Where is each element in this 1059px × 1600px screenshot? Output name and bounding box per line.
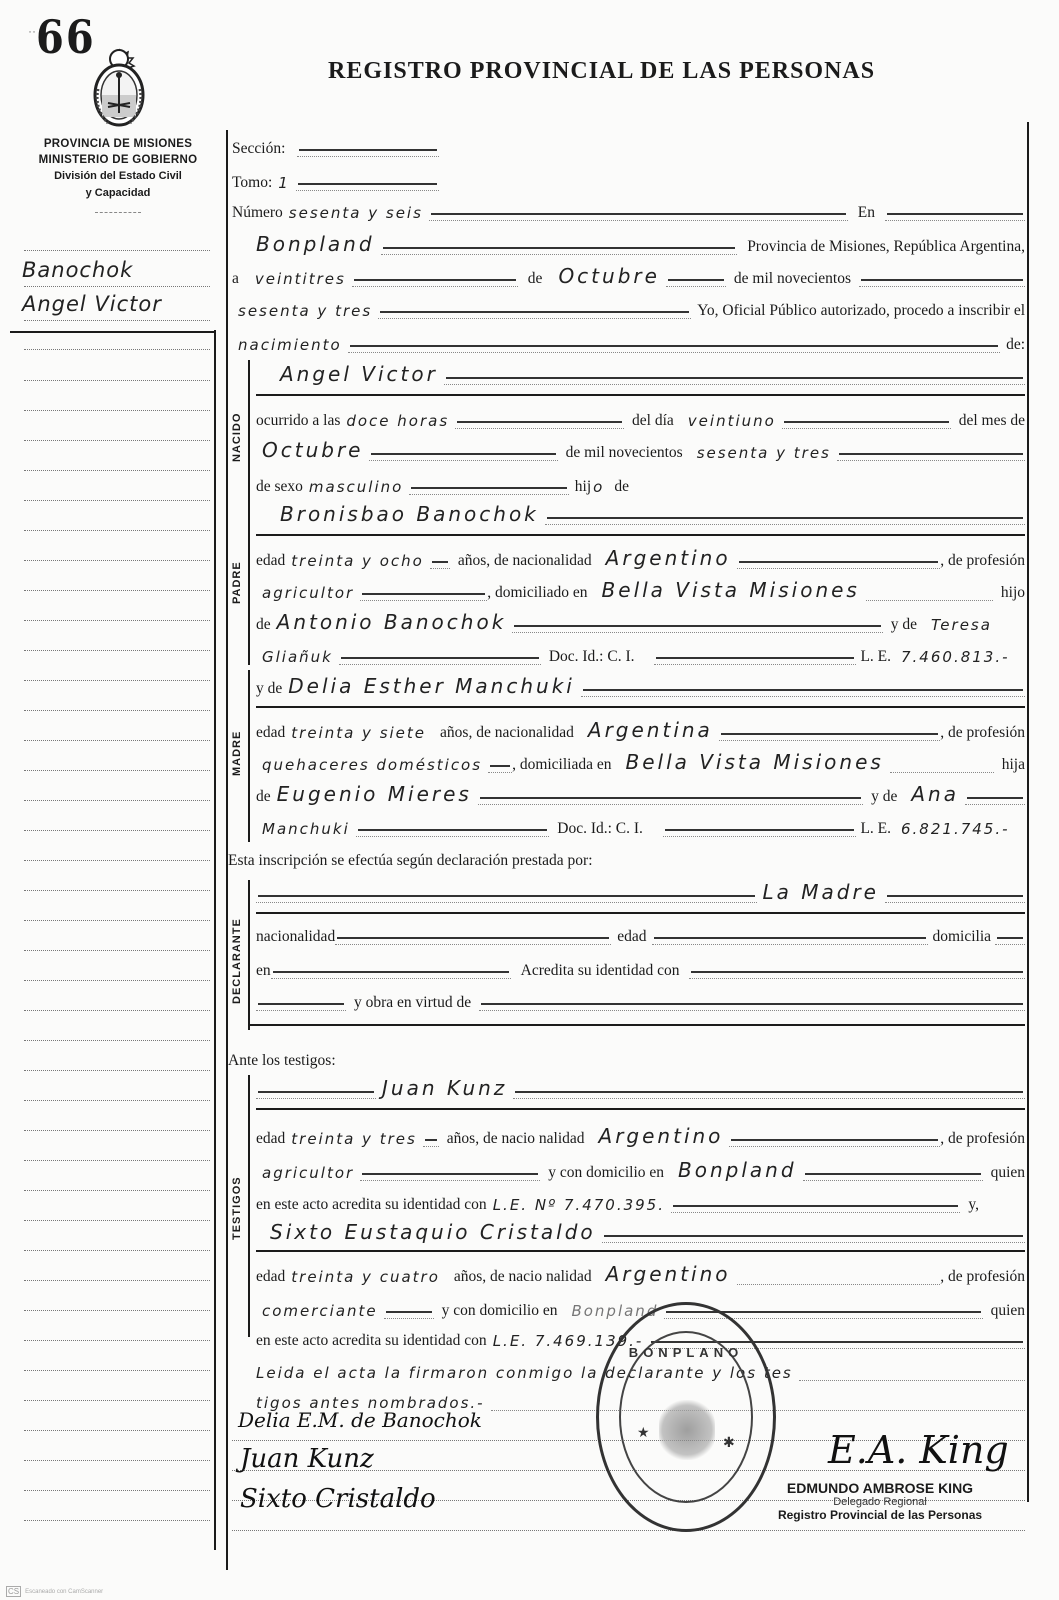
witness2-profession-field [384,1290,434,1324]
hour-value: doce horas [340,412,455,434]
madre-address: Bella Vista Misiones [620,750,890,778]
birth-day-field [782,400,951,434]
seal-emblem-icon [659,1400,715,1460]
birth-month-field [369,432,557,466]
padre-mother-of-last: Gliañuk [256,648,339,670]
madre-profession: quehaceres domésticos [256,756,488,778]
folio-mark: ˙˙ [28,28,36,43]
madre-age-row: edad treinta y siete años, de nacionalid… [256,712,1025,746]
seccion-label: Sección: [232,140,285,162]
witness2-nationality: Argentino [600,1262,737,1290]
madre-double-rule [256,706,1025,708]
witness2-nationality-field [737,1256,941,1290]
seal-center-text: BONPLANO [629,1345,743,1360]
margin-dotline [24,286,210,287]
declarante-intro-row: Esta inscripción se efectúa según declar… [228,840,1025,874]
declarante-bottom-rule [248,1024,1025,1026]
madre-name-field [581,668,1025,702]
witness1-nationality: Argentino [593,1124,730,1152]
section-divider-nacido [248,360,250,508]
padre-edad-label: edad [256,552,285,574]
province-text: Provincia de Misiones, República Argenti… [737,238,1025,260]
madre-mother-of-field-1 [965,776,1025,810]
section-label-nacido: NACIDO [231,413,243,462]
mil-novecientos-label: de mil novecientos [726,270,859,292]
numero-label: Número [232,204,283,226]
witness2-double-rule [256,1250,1025,1252]
nacido-name-row: Angel Victor [256,356,1025,390]
section-label-madre: MADRE [231,731,243,776]
witness1-profession: agricultor [256,1164,360,1186]
declarante-signature: Delia E.M. de Banochok [238,1408,482,1432]
declarante-name-row: La Madre [256,874,1025,908]
padre-age-row: edad treinta y ocho años, de nacionalida… [256,540,1025,574]
witness2-age: treinta y cuatro [285,1268,446,1290]
issuer-divider [95,212,141,213]
witness2-signature: Sixto Cristaldo [240,1484,436,1514]
day-value: veintitres [239,270,352,292]
witness1-id-row: en este acto acredita su identidad con L… [256,1184,979,1218]
declarante-double-rule [256,912,1025,914]
year-row: sesenta y tres Yo, Oficial Público autor… [232,290,1025,324]
padre-address: Bella Vista Misiones [596,578,866,606]
en-label: En [848,204,885,226]
tomo-field [296,162,439,196]
padre-parents-row: de Antonio Banochok y de Teresa [256,604,1025,638]
madre-domicilio-label: , domiciliada en [512,756,619,778]
witness2-age-row: edad treinta y cuatro años, de nacio nal… [256,1256,1025,1290]
place-field [381,226,738,260]
madre-profession-row: quehaceres domésticos , domiciliada en B… [256,744,1025,778]
padre-father-of: Antonio Banochok [271,610,513,638]
declarante-obra-row: y obra en virtud de [256,982,1025,1016]
section-divider-testigos [248,1075,250,1337]
witness1-address: Bonpland [672,1158,803,1186]
witness1-name-field-left [256,1070,376,1104]
de-label: de [518,270,553,292]
witness1-name-field-right [513,1070,1025,1104]
section-divider-declarante [248,880,250,1030]
officer-name: EDMUNDO AMBROSE KING [770,1480,990,1496]
witness2-name-row: Sixto Eustaquio Cristaldo [256,1214,1025,1248]
testigos-intro-row: Ante los testigos: [228,1040,1025,1074]
padre-domicilio-label: , domiciliado en [487,584,595,606]
padre-address-field [866,572,993,606]
scanner-text: Escaneado con CamScanner [25,1589,103,1595]
numero-field [429,192,848,226]
madre-address-field [890,744,994,778]
margin-given-names: Angel Victor [22,292,162,316]
officer-block: EDMUNDO AMBROSE KING Delegado Regional R… [770,1480,990,1522]
date-row: a veintitres de Octubre de mil novecient… [232,258,1025,292]
madre-doc-label: Doc. Id.: C. I. [549,820,651,842]
witness2-acredita-label: en este acto acredita su identidad con [256,1332,487,1354]
issuer-division: División del Estado Civil [18,168,218,185]
padre-profession-field [360,572,487,606]
witness2-profesion-label: , de profesión [940,1268,1025,1290]
margin-frame-right [214,330,216,1550]
witness2-name: Sixto Eustaquio Cristaldo [256,1220,602,1248]
madre-le-label: L. E. [856,820,895,842]
witness2-name-field [602,1214,1025,1248]
month-field [666,258,726,292]
main-frame-right [1027,122,1029,1502]
madre-age: treinta y siete [285,724,432,746]
witness1-address-field [803,1152,983,1186]
year-field-1 [859,258,1025,292]
section-divider-padre [248,505,250,665]
padre-ci-field [654,636,856,670]
hour-field [455,400,624,434]
nacido-sex-row: de sexo masculino hij o de [256,466,629,500]
official-text: Yo, Oficial Público autorizado, procedo … [691,302,1025,324]
margin-dotline [24,250,210,251]
madre-doc-row: Manchuki Doc. Id.: C. I. L. E. 6.821.745… [256,808,1025,842]
act-type-value: nacimiento [232,336,348,358]
section-divider-madre [248,670,250,842]
scanner-watermark: CS Escaneado con CamScanner [6,1586,103,1597]
nacido-time-row: ocurrido a las doce horas del día veinti… [256,400,1025,434]
padre-double-rule [256,534,1025,536]
month-value: Octubre [552,264,665,292]
witness1-age-field [423,1118,439,1152]
padre-de-label: de [256,616,271,638]
padre-name: Bronisbao Banochok [256,502,545,530]
section-label-testigos: TESTIGOS [231,1176,243,1240]
witness1-age-row: edad treinta y tres años, de nacio nalid… [256,1118,1025,1152]
padre-age: treinta y ocho [285,552,430,574]
birth-day-value: veintiuno [682,412,782,434]
madre-edad-label: edad [256,724,285,746]
act-type-row: nacimiento de: [232,324,1025,358]
numero-row: Número sesenta y seis En [232,192,1025,226]
witness1-age: treinta y tres [285,1130,423,1152]
madre-profession-field [488,744,512,778]
witness1-anios-label: años, de nacio nalidad [439,1130,593,1152]
issuer-ministry: MINISTERIO DE GOBIERNO [18,152,218,168]
witness1-quien-label: quien [983,1164,1025,1186]
official-seal-stamp: BONPLANO ★ ✱ [596,1302,776,1532]
padre-age-field [430,540,450,574]
closing-field-1 [799,1352,1025,1386]
witness2-edad-label: edad [256,1268,285,1290]
declarante-name-field-right [885,874,1025,908]
issuer-capacity: y Capacidad [18,185,218,202]
declarante-nacionalidad-field [335,916,611,950]
birth-year-field [837,432,1025,466]
signature-line [232,1530,1025,1531]
officer-signature: E.A. King [828,1428,1009,1472]
witness1-double-rule [256,1108,1025,1110]
declarante-domicilia-field [995,916,1025,950]
declarante-edad-label: edad [611,928,652,950]
en-field [885,192,1025,226]
year-field-2 [378,290,691,324]
padre-profesion-label: , de profesión [940,552,1025,574]
madre-anios-label: años, de nacionalidad [432,724,582,746]
page-title: REGISTRO PROVINCIAL DE LAS PERSONAS [328,58,875,85]
folio-number: 66 [36,10,96,64]
ocurrido-label: ocurrido a las [256,412,340,434]
padre-le-label: L. E. [856,648,895,670]
padre-doc-label: Doc. Id.: C. I. [541,648,643,670]
day-field [352,258,518,292]
birth-month-value: Octubre [256,438,369,466]
padre-anios-label: años, de nacionalidad [450,552,600,574]
dia-label: del día [624,412,682,434]
padre-profession: agricultor [256,584,360,606]
padre-nationality-field [737,540,941,574]
margin-top-rule [10,331,216,333]
padre-nationality: Argentino [600,546,737,574]
officer-org: Registro Provincial de las Personas [770,1508,990,1522]
seal-star-icon: ✱ [723,1435,735,1452]
year-value: sesenta y tres [232,302,378,324]
seccion-field [297,128,439,162]
declarante-domicilia-label: domicilia [928,928,995,950]
padre-mother-of-field [339,636,541,670]
madre-father-of-field [478,776,863,810]
numero-value: sesenta y seis [283,204,429,226]
padre-profession-row: agricultor , domiciliado en Bella Vista … [256,572,1025,606]
declarante-acredita-field [689,950,1025,984]
declarante-edad-field [652,916,928,950]
padre-y-de-label: y de [883,616,925,638]
witness1-edad-label: edad [256,1130,285,1152]
madre-ci-field [663,808,857,842]
witness2-anios-label: años, de nacio nalidad [446,1268,600,1290]
madre-nationality: Argentina [582,718,719,746]
madre-mother-of-field-2 [356,808,550,842]
margin-dotline [24,320,210,321]
madre-y-de-label: y de [256,680,282,702]
witness1-address-row: agricultor y con domicilio en Bonpland q… [256,1152,1025,1186]
madre-mother-of-last: Manchuki [256,820,356,842]
de-colon-label: de: [1000,336,1025,358]
witness1-name-row: Juan Kunz [256,1070,1025,1104]
mes-label: del mes de [951,412,1025,434]
declarante-intro: Esta inscripción se efectúa según declar… [228,852,593,874]
tomo-row: Tomo: 1 [232,162,439,196]
margin-surname: Banochok [22,258,133,282]
madre-mother-of-first: Ana [905,782,965,810]
declarante-id-row: en Acredita su identidad con [256,950,1025,984]
madre-hija-label: hija [994,756,1025,778]
padre-le: 7.460.813.- [895,648,1025,670]
declarante-name: La Madre [757,880,886,908]
padre-name-row: Bronisbao Banochok [256,496,1025,530]
padre-doc-row: Gliañuk Doc. Id.: C. I. L. E. 7.460.813.… [256,636,1025,670]
sex-field [409,466,568,500]
nacido-name: Angel Victor [256,362,444,390]
seal-star-icon: ★ [637,1425,650,1442]
issuer-block: PROVINCIA DE MISIONES MINISTERIO DE GOBI… [18,136,218,213]
birth-year-value: sesenta y tres [691,444,837,466]
madre-father-of: Eugenio Mieres [271,782,478,810]
place-row: Bonpland Provincia de Misiones, Repúblic… [232,226,1025,260]
mil-novecientos-label-2: de mil novecientos [558,444,691,466]
declarante-name-field-left [256,874,757,908]
madre-name: Delia Esther Manchuki [282,674,581,702]
witness1-profession-field [360,1152,540,1186]
section-label-declarante: DECLARANTE [231,918,243,1004]
padre-father-of-field [512,604,882,638]
act-type-field [348,324,1000,358]
a-label: a [232,270,239,292]
declarante-nacionalidad-label: nacionalidad [256,928,335,950]
madre-profesion-label: , de profesión [940,724,1025,746]
camscanner-logo-icon: CS [6,1586,21,1597]
witness1-domicilio-label: y con domicilio en [540,1164,672,1186]
witness1-nationality-field [729,1118,940,1152]
place-value: Bonpland [232,232,381,260]
nacido-name-field [444,356,1025,390]
declarante-acredita-label: Acredita su identidad con [511,962,690,984]
nacido-double-rule [256,394,1025,396]
witness1-name: Juan Kunz [376,1076,513,1104]
padre-mother-of-first: Teresa [925,616,1025,638]
madre-le: 6.821.745.- [895,820,1025,842]
argentina-coat-of-arms-icon [88,45,150,130]
witness1-id-field [671,1184,960,1218]
madre-de-label: de [256,788,271,810]
madre-nationality-field [719,712,940,746]
declarante-obra-field [479,982,1025,1016]
section-label-padre: PADRE [231,561,243,604]
seccion-row: Sección: [232,128,439,162]
padre-name-field [545,496,1025,530]
issuer-province: PROVINCIA DE MISIONES [18,136,218,152]
declarante-en-field [271,950,511,984]
padre-hijo-label: hijo [993,584,1025,606]
nacido-month-row: Octubre de mil novecientos sesenta y tre… [256,432,1025,466]
madre-name-row: y de Delia Esther Manchuki [256,668,1025,702]
madre-y-de-label-2: y de [863,788,905,810]
witness1-signature: Juan Kunz [240,1444,374,1474]
witness1-profesion-label: , de profesión [940,1130,1025,1152]
declarante-details-row: nacionalidad edad domicilia [256,916,1025,950]
declarante-en-label: en [256,962,271,984]
declarante-obra-label: y obra en virtud de [346,994,479,1016]
declarante-obra-pre-field [256,982,346,1016]
madre-parents-row: de Eugenio Mieres y de Ana [256,776,1025,810]
officer-role: Delegado Regional [770,1496,990,1508]
